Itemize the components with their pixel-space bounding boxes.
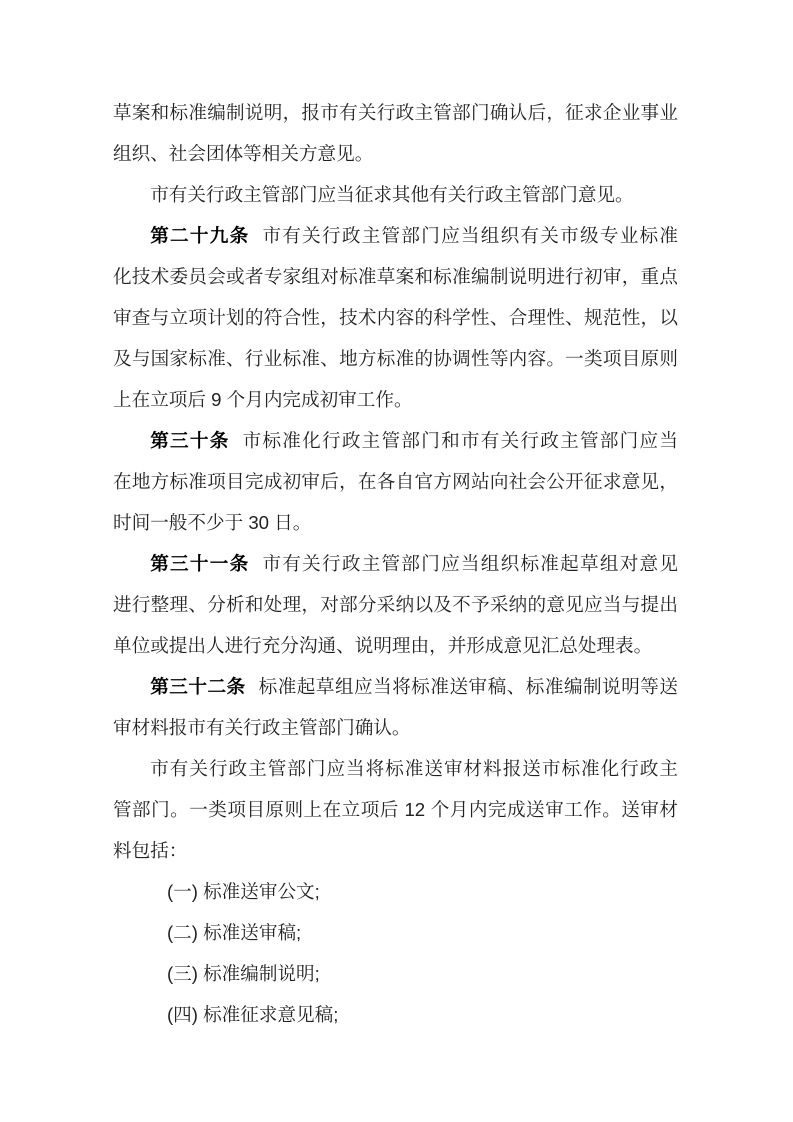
list-item-2: (二) 标准送审稿; xyxy=(113,912,678,953)
line-text: (二) 标准送审稿; xyxy=(167,922,301,943)
line-text: 审材料报市有关行政主管部门确认。 xyxy=(113,717,411,738)
line-text: 审查与立项计划的符合性，技术内容的科学性、合理性、规范性，以 xyxy=(113,307,678,328)
article-number: 第三十条 xyxy=(150,430,229,451)
text-line: 草案和标准编制说明，报市有关行政主管部门确认后，征求企业事业 xyxy=(113,92,678,133)
list-item-4: (四) 标准征求意见稿; xyxy=(113,994,678,1035)
text-line: 市有关行政主管部门应当将标准送审材料报送市标准化行政主 xyxy=(113,748,678,789)
document-body: 草案和标准编制说明，报市有关行政主管部门确认后，征求企业事业组织、社会团体等相关… xyxy=(113,92,678,1035)
text-line: 在地方标准项目完成初审后，在各自官方网站向社会公开征求意见， xyxy=(113,461,678,502)
paragraph-submission: 市有关行政主管部门应当将标准送审材料报送市标准化行政主管部门。一类项目原则上在立… xyxy=(113,748,678,871)
list-item-1: (一) 标准送审公文; xyxy=(113,871,678,912)
text-line: 时间一般不少于 30 日。 xyxy=(113,502,678,543)
line-text: 上在立项后 9 个月内完成初审工作。 xyxy=(113,389,413,410)
line-text: 市标准化行政主管部门和市有关行政主管部门应当 xyxy=(243,430,678,451)
text-line: 第三十二条标准起草组应当将标准送审稿、标准编制说明等送 xyxy=(113,666,678,707)
line-text: 标准起草组应当将标准送审稿、标准编制说明等送 xyxy=(259,676,678,697)
article-29: 第二十九条市有关行政主管部门应当组织有关市级专业标准化技术委员会或者专家组对标准… xyxy=(113,215,678,420)
text-line: (二) 标准送审稿; xyxy=(113,912,678,953)
text-line: 及与国家标准、行业标准、地方标准的协调性等内容。一类项目原则 xyxy=(113,338,678,379)
text-line: 第三十一条市有关行政主管部门应当组织标准起草组对意见 xyxy=(113,543,678,584)
article-31: 第三十一条市有关行政主管部门应当组织标准起草组对意见进行整理、分析和处理，对部分… xyxy=(113,543,678,666)
article-number: 第二十九条 xyxy=(150,225,249,246)
line-text: 组织、社会团体等相关方意见。 xyxy=(113,143,373,164)
line-text: 进行整理、分析和处理，对部分采纳以及不予采纳的意见应当与提出 xyxy=(113,594,678,615)
line-text: 管部门。一类项目原则上在立项后 12 个月内完成送审工作。送审材 xyxy=(113,799,678,820)
text-line: 单位或提出人进行充分沟通、说明理由，并形成意见汇总处理表。 xyxy=(113,625,678,666)
text-line: 第三十条市标准化行政主管部门和市有关行政主管部门应当 xyxy=(113,420,678,461)
text-line: 上在立项后 9 个月内完成初审工作。 xyxy=(113,379,678,420)
continuation-paragraph: 草案和标准编制说明，报市有关行政主管部门确认后，征求企业事业组织、社会团体等相关… xyxy=(113,92,678,174)
text-line: 料包括： xyxy=(113,830,678,871)
document-page: 草案和标准编制说明，报市有关行政主管部门确认后，征求企业事业组织、社会团体等相关… xyxy=(0,0,793,1122)
article-32: 第三十二条标准起草组应当将标准送审稿、标准编制说明等送审材料报市有关行政主管部门… xyxy=(113,666,678,748)
text-line: (四) 标准征求意见稿; xyxy=(113,994,678,1035)
line-text: 市有关行政主管部门应当征求其他有关行政主管部门意见。 xyxy=(150,184,633,205)
paragraph-seek-opinions: 市有关行政主管部门应当征求其他有关行政主管部门意见。 xyxy=(113,174,678,215)
line-text: 草案和标准编制说明，报市有关行政主管部门确认后，征求企业事业 xyxy=(113,102,678,123)
line-text: 市有关行政主管部门应当组织标准起草组对意见 xyxy=(262,553,678,574)
text-line: 化技术委员会或者专家组对标准草案和标准编制说明进行初审，重点 xyxy=(113,256,678,297)
line-text: 化技术委员会或者专家组对标准草案和标准编制说明进行初审，重点 xyxy=(113,266,678,287)
line-text: (三) 标准编制说明; xyxy=(167,963,320,984)
line-text: 单位或提出人进行充分沟通、说明理由，并形成意见汇总处理表。 xyxy=(113,635,652,656)
line-text: 市有关行政主管部门应当将标准送审材料报送市标准化行政主 xyxy=(150,758,678,779)
line-text: 及与国家标准、行业标准、地方标准的协调性等内容。一类项目原则 xyxy=(113,348,678,369)
line-text: 料包括： xyxy=(113,840,187,861)
line-text: 在地方标准项目完成初审后，在各自官方网站向社会公开征求意见， xyxy=(113,471,678,492)
text-line: (一) 标准送审公文; xyxy=(113,871,678,912)
text-line: 市有关行政主管部门应当征求其他有关行政主管部门意见。 xyxy=(113,174,678,215)
text-line: 进行整理、分析和处理，对部分采纳以及不予采纳的意见应当与提出 xyxy=(113,584,678,625)
text-line: 审材料报市有关行政主管部门确认。 xyxy=(113,707,678,748)
line-text: 市有关行政主管部门应当组织有关市级专业标准 xyxy=(262,225,678,246)
article-30: 第三十条市标准化行政主管部门和市有关行政主管部门应当在地方标准项目完成初审后，在… xyxy=(113,420,678,543)
list-item-3: (三) 标准编制说明; xyxy=(113,953,678,994)
text-line: (三) 标准编制说明; xyxy=(113,953,678,994)
article-number: 第三十二条 xyxy=(150,676,245,697)
text-line: 管部门。一类项目原则上在立项后 12 个月内完成送审工作。送审材 xyxy=(113,789,678,830)
article-number: 第三十一条 xyxy=(150,553,249,574)
text-line: 组织、社会团体等相关方意见。 xyxy=(113,133,678,174)
line-text: (四) 标准征求意见稿; xyxy=(167,1004,338,1025)
text-line: 第二十九条市有关行政主管部门应当组织有关市级专业标准 xyxy=(113,215,678,256)
line-text: (一) 标准送审公文; xyxy=(167,881,320,902)
line-text: 时间一般不少于 30 日。 xyxy=(113,512,311,533)
text-line: 审查与立项计划的符合性，技术内容的科学性、合理性、规范性，以 xyxy=(113,297,678,338)
